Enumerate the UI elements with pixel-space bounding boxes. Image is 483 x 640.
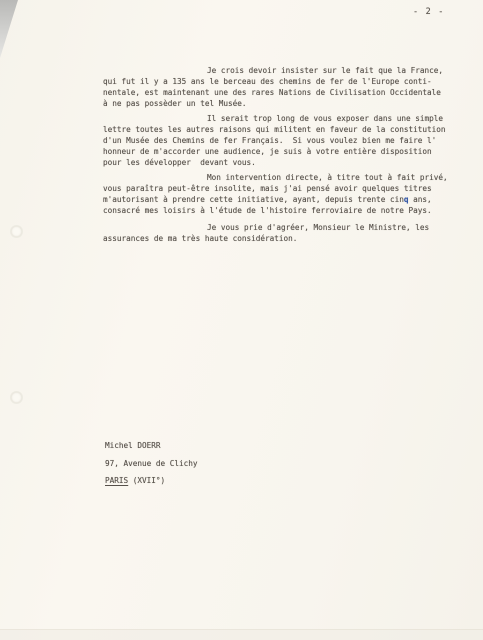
body-line: vous paraîtra peut-être insolite, mais j… [103,183,469,194]
signature-address: 97, Avenue de Clichy [105,455,198,473]
punch-hole-top [10,225,23,238]
body-line: d'un Musée des Chemins de fer Français. … [103,135,469,146]
body-line: assurances de ma très haute considératio… [103,233,469,244]
body-line: Il serait trop long de vous exposer dans… [103,113,469,124]
paragraph-1: Je crois devoir insister sur le fait que… [103,65,469,109]
page-corner-scan-edge [0,0,18,58]
body-line-segment: m'autorisant à prendre cette initiative,… [103,195,404,204]
body-line: consacré mes loisirs à l'étude de l'hist… [103,205,469,216]
signature-name: Michel DOERR [105,437,198,455]
body-line: m'autorisant à prendre cette initiative,… [103,194,469,205]
body-line: honneur de m'accorder une audience, je s… [103,146,469,157]
page-bottom-edge [0,629,483,640]
signature-district: (XVII°) [128,476,165,485]
body-line: pour les développer devant vous. [103,157,469,168]
body-line: qui fut il y a 135 ans le berceau des ch… [103,76,469,87]
page-number: - 2 - [413,7,445,17]
body-line: nentale, est maintenant une des rares Na… [103,87,469,98]
body-line: à ne pas possèder un tel Musée. [103,98,469,109]
signature-city: PARIS [105,476,128,485]
paragraph-3: Mon intervention directe, à titre tout à… [103,172,469,216]
body-line: Mon intervention directe, à titre tout à… [103,172,469,183]
punch-hole-bottom [10,391,23,404]
letter-page: - 2 - Je crois devoir insister sur le fa… [0,0,483,640]
paragraph-4-closing: Je vous prie d'agréer, Monsieur le Minis… [103,222,469,244]
body-line: Je vous prie d'agréer, Monsieur le Minis… [103,222,469,233]
body-line: Je crois devoir insister sur le fait que… [103,65,469,76]
signature-block: Michel DOERR 97, Avenue de Clichy PARIS … [105,437,198,490]
body-line-segment: ans, [408,195,431,204]
signature-city-line: PARIS (XVII°) [105,472,198,490]
paragraph-2: Il serait trop long de vous exposer dans… [103,113,469,168]
body-line: lettre toutes les autres raisons qui mil… [103,124,469,135]
letter-body: Je crois devoir insister sur le fait que… [103,65,469,244]
